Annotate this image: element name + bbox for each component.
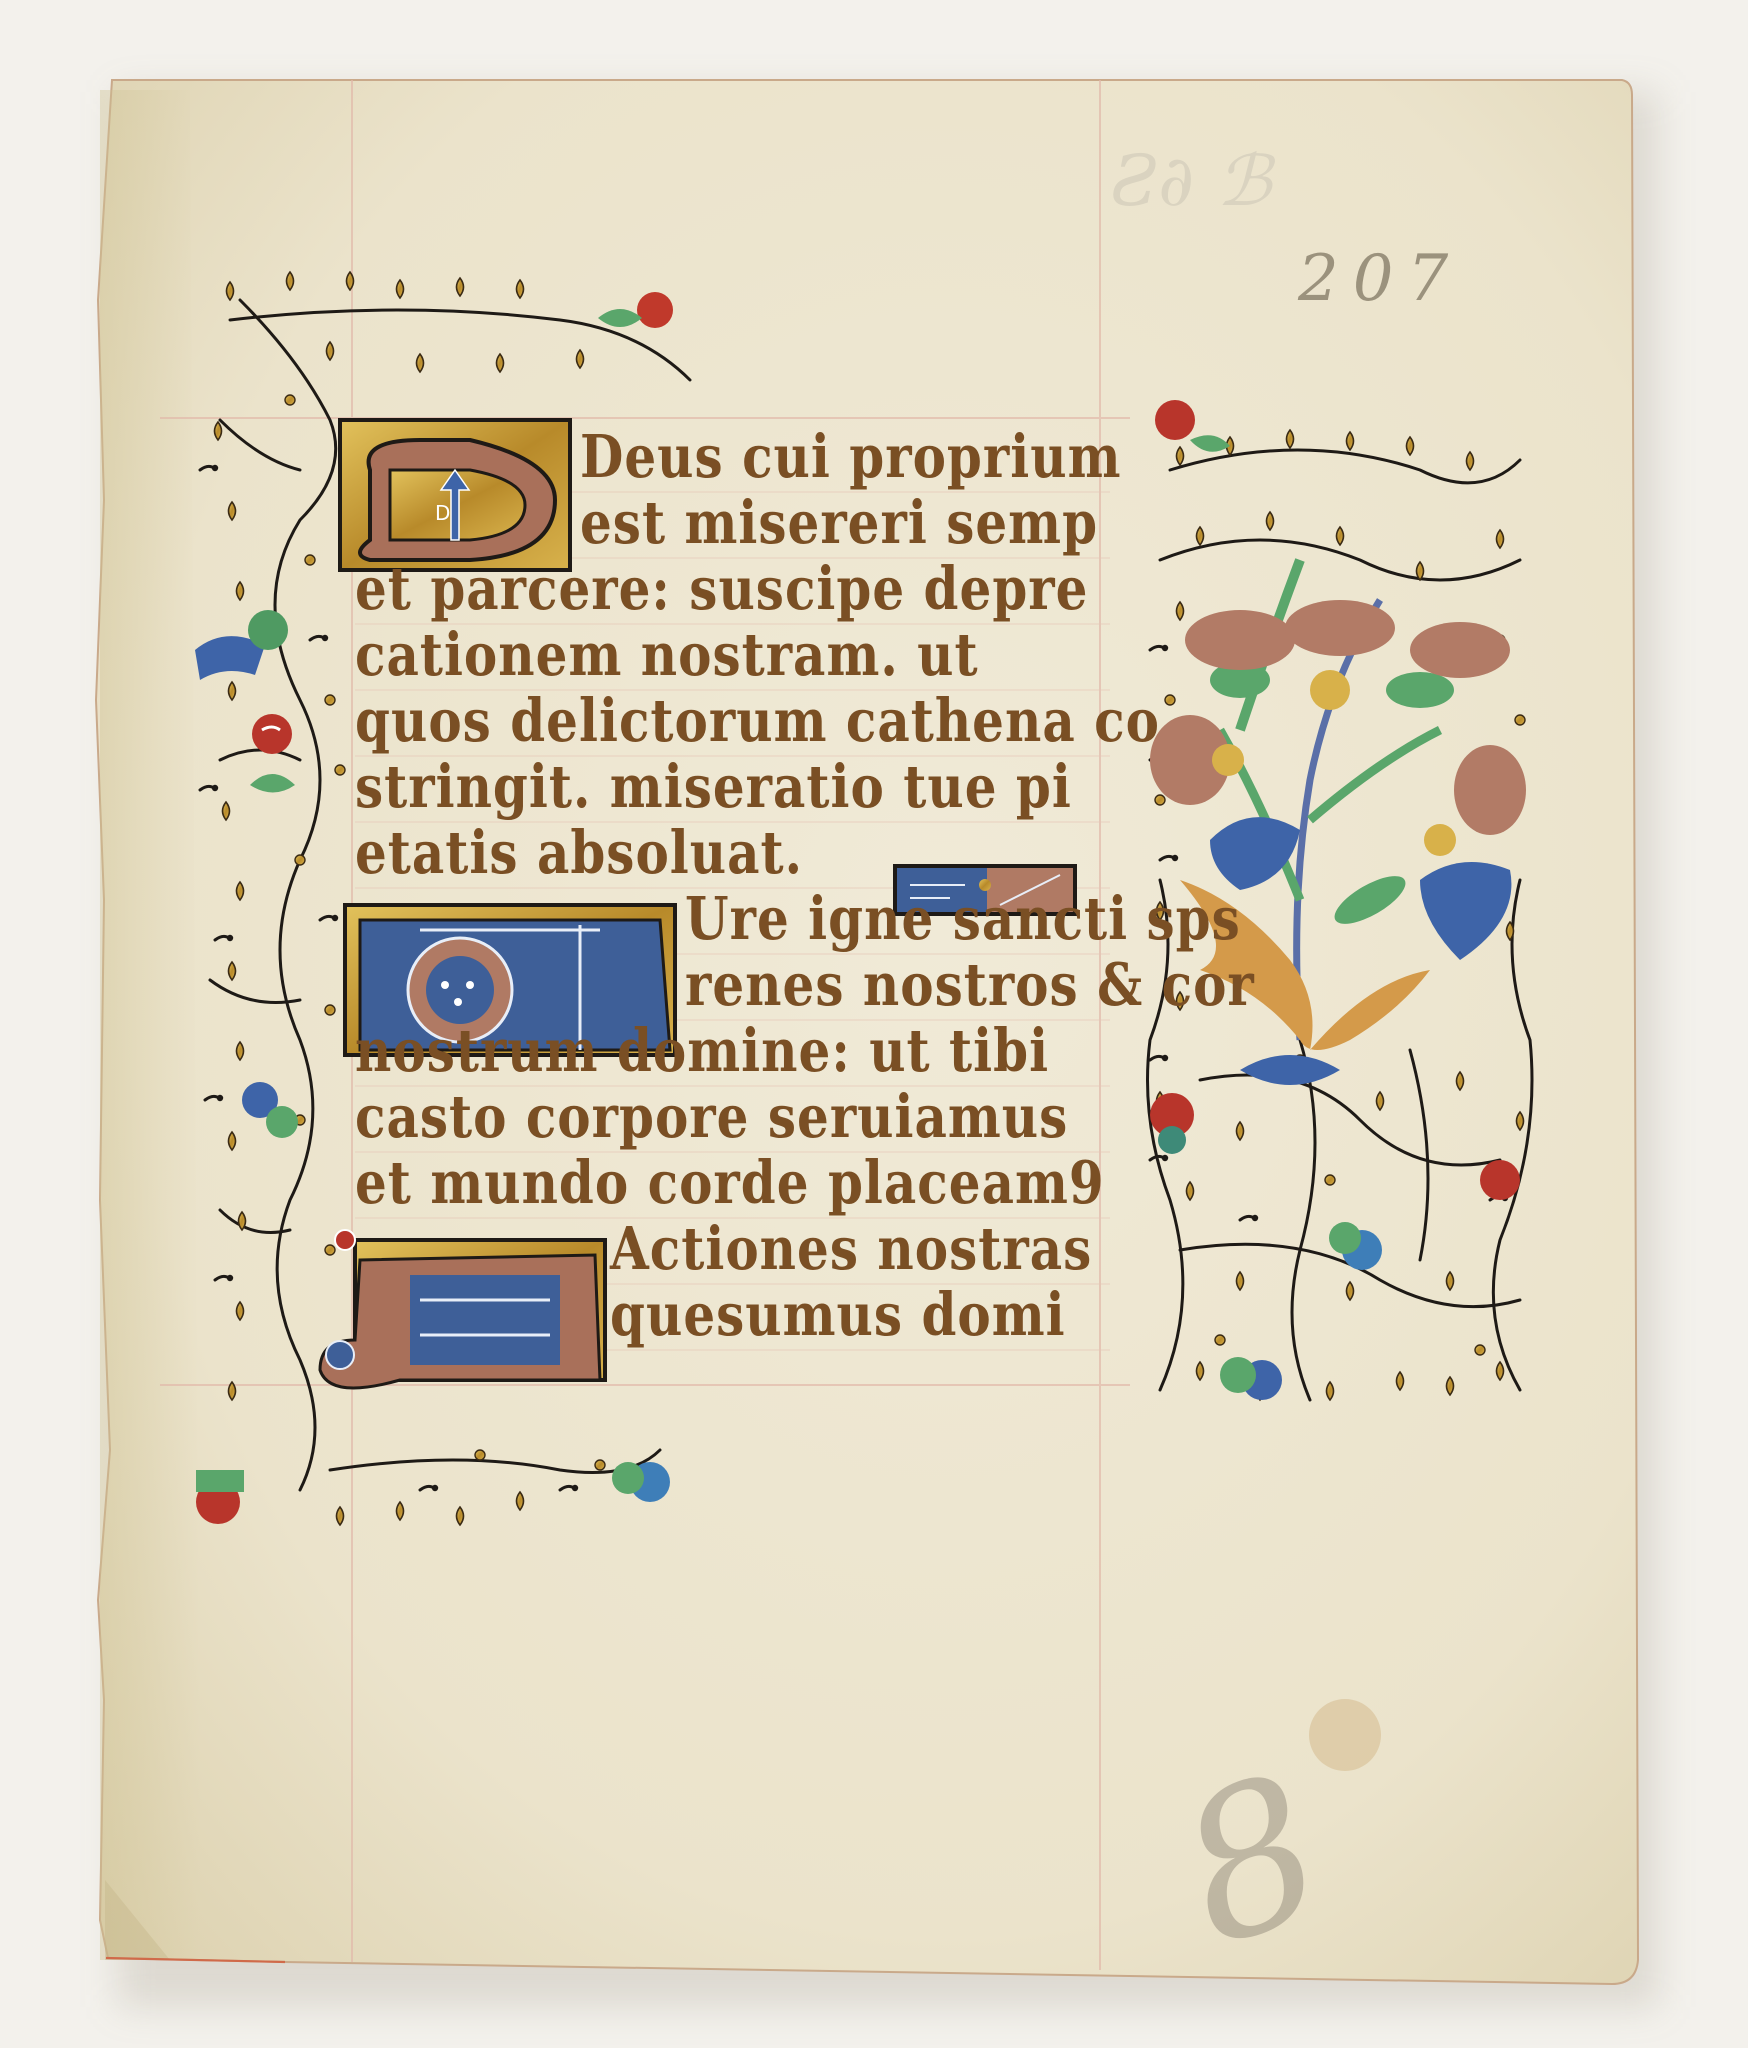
initial-a [320, 1230, 605, 1388]
initial-d: D [340, 420, 570, 570]
text-line: quesumus domi [610, 1276, 1066, 1354]
folio-number: 207 [1298, 242, 1462, 316]
faint-pencil-annotation: Ƨ∂ ℬ [1110, 140, 1271, 222]
initial-d-letter: D [435, 501, 450, 525]
